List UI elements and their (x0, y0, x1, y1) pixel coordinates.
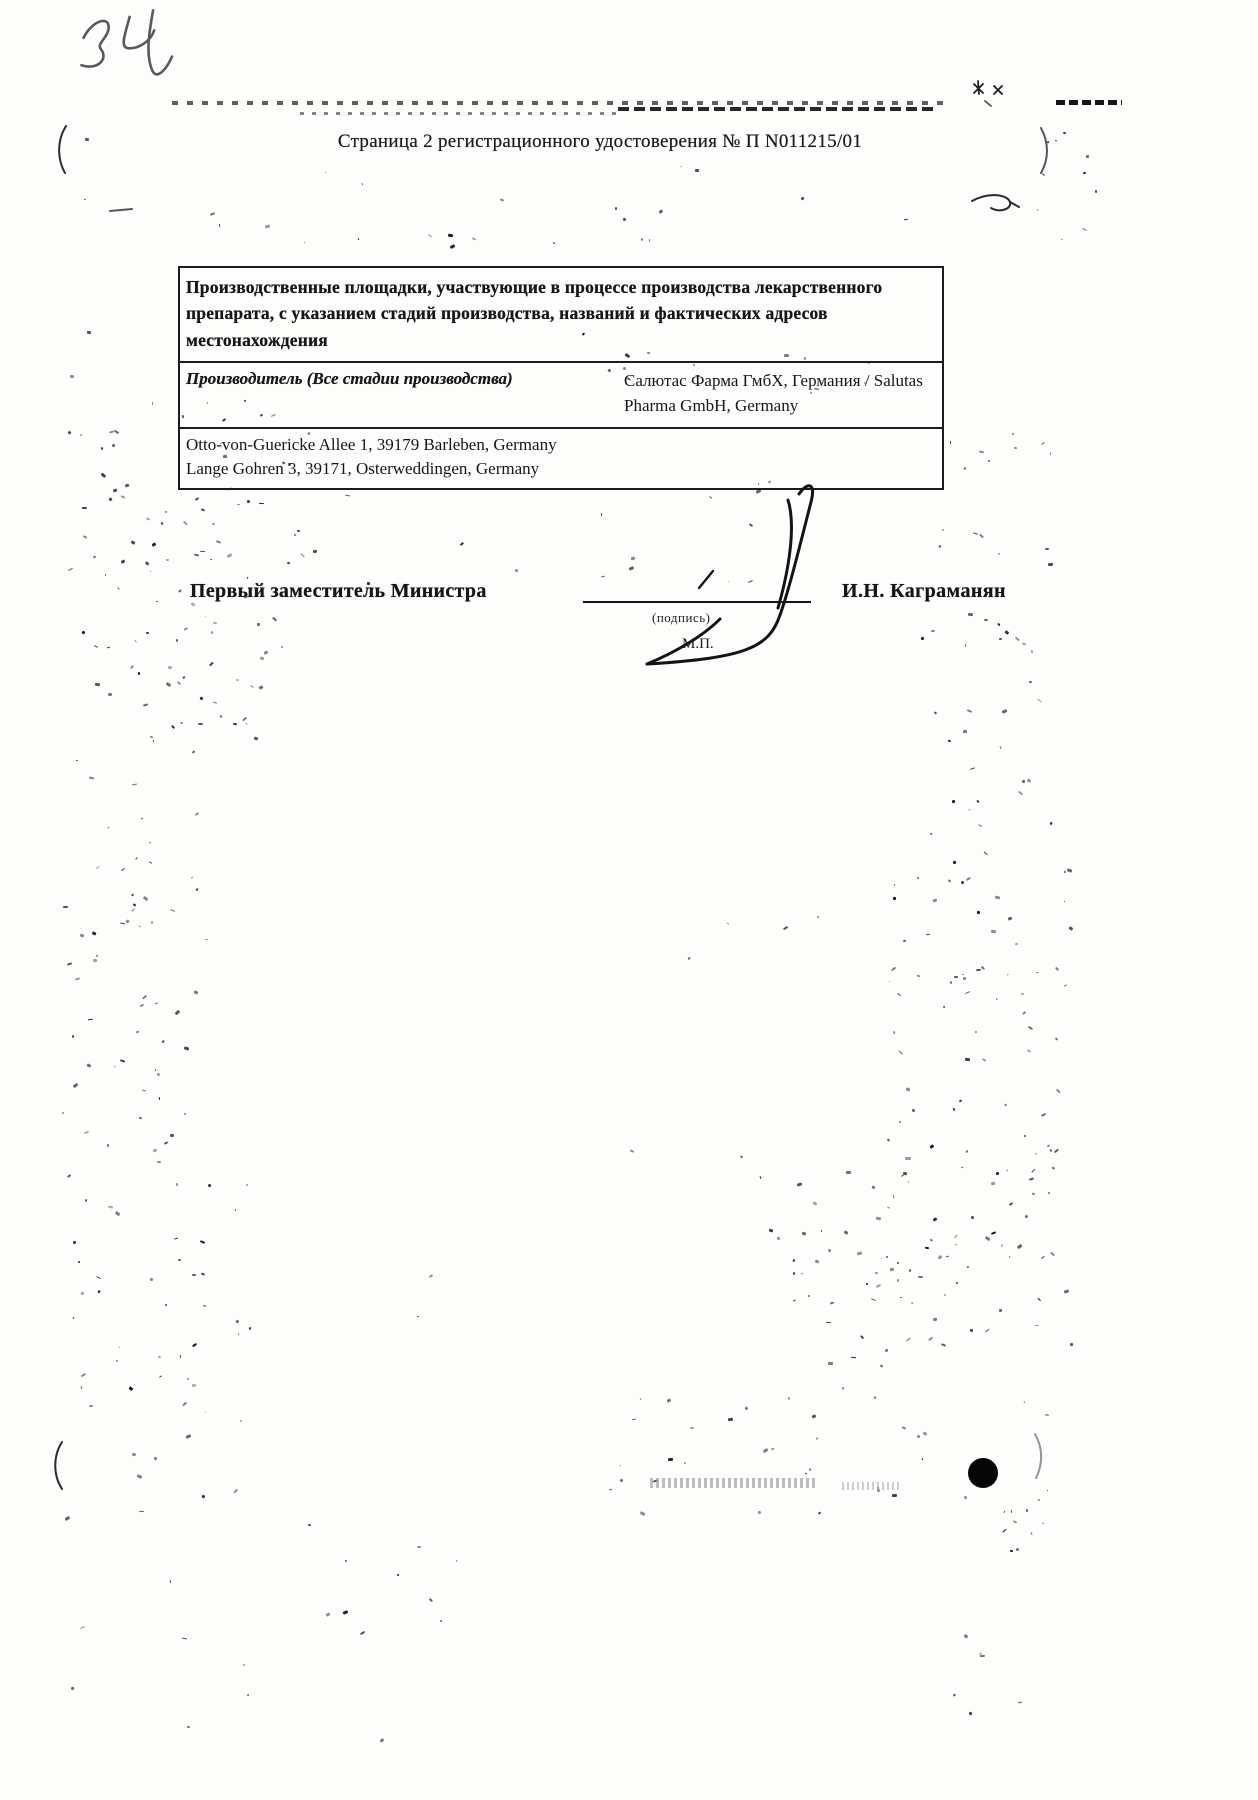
scan-faint-text (842, 1482, 900, 1490)
signature-line (583, 601, 811, 603)
table-header-cell: Производственные площадки, участвующие в… (180, 268, 942, 363)
signature-caption: (подпись) (652, 610, 710, 626)
manufacturer-value-cell: Салютас Фарма ГмбХ, Германия / Salutas P… (622, 363, 942, 427)
seal-caption: М.П. (682, 636, 714, 653)
scan-ink-dot (968, 1458, 998, 1488)
addresses-cell: Otto-von-Guericke Allee 1, 39179 Barlebe… (180, 429, 942, 488)
signatory-name: И.Н. Каграманян (842, 580, 1006, 603)
scanned-document-page: 34 Страница 2 регистрационного удостовер… (0, 0, 1258, 1800)
scan-faint-text (650, 1478, 815, 1488)
signatory-title: Первый заместитель Министра (190, 580, 487, 603)
table-row: Производитель (Все стадии производства) … (180, 363, 942, 429)
address-line: Lange Gohren 3, 39171, Osterweddingen, G… (186, 457, 934, 482)
manufacturer-label-cell: Производитель (Все стадии производства) (180, 363, 622, 427)
page-title: Страница 2 регистрационного удостоверени… (170, 131, 1030, 153)
production-sites-table: Производственные площадки, участвующие в… (178, 266, 944, 490)
address-line: Otto-von-Guericke Allee 1, 39179 Barlebe… (186, 433, 934, 458)
